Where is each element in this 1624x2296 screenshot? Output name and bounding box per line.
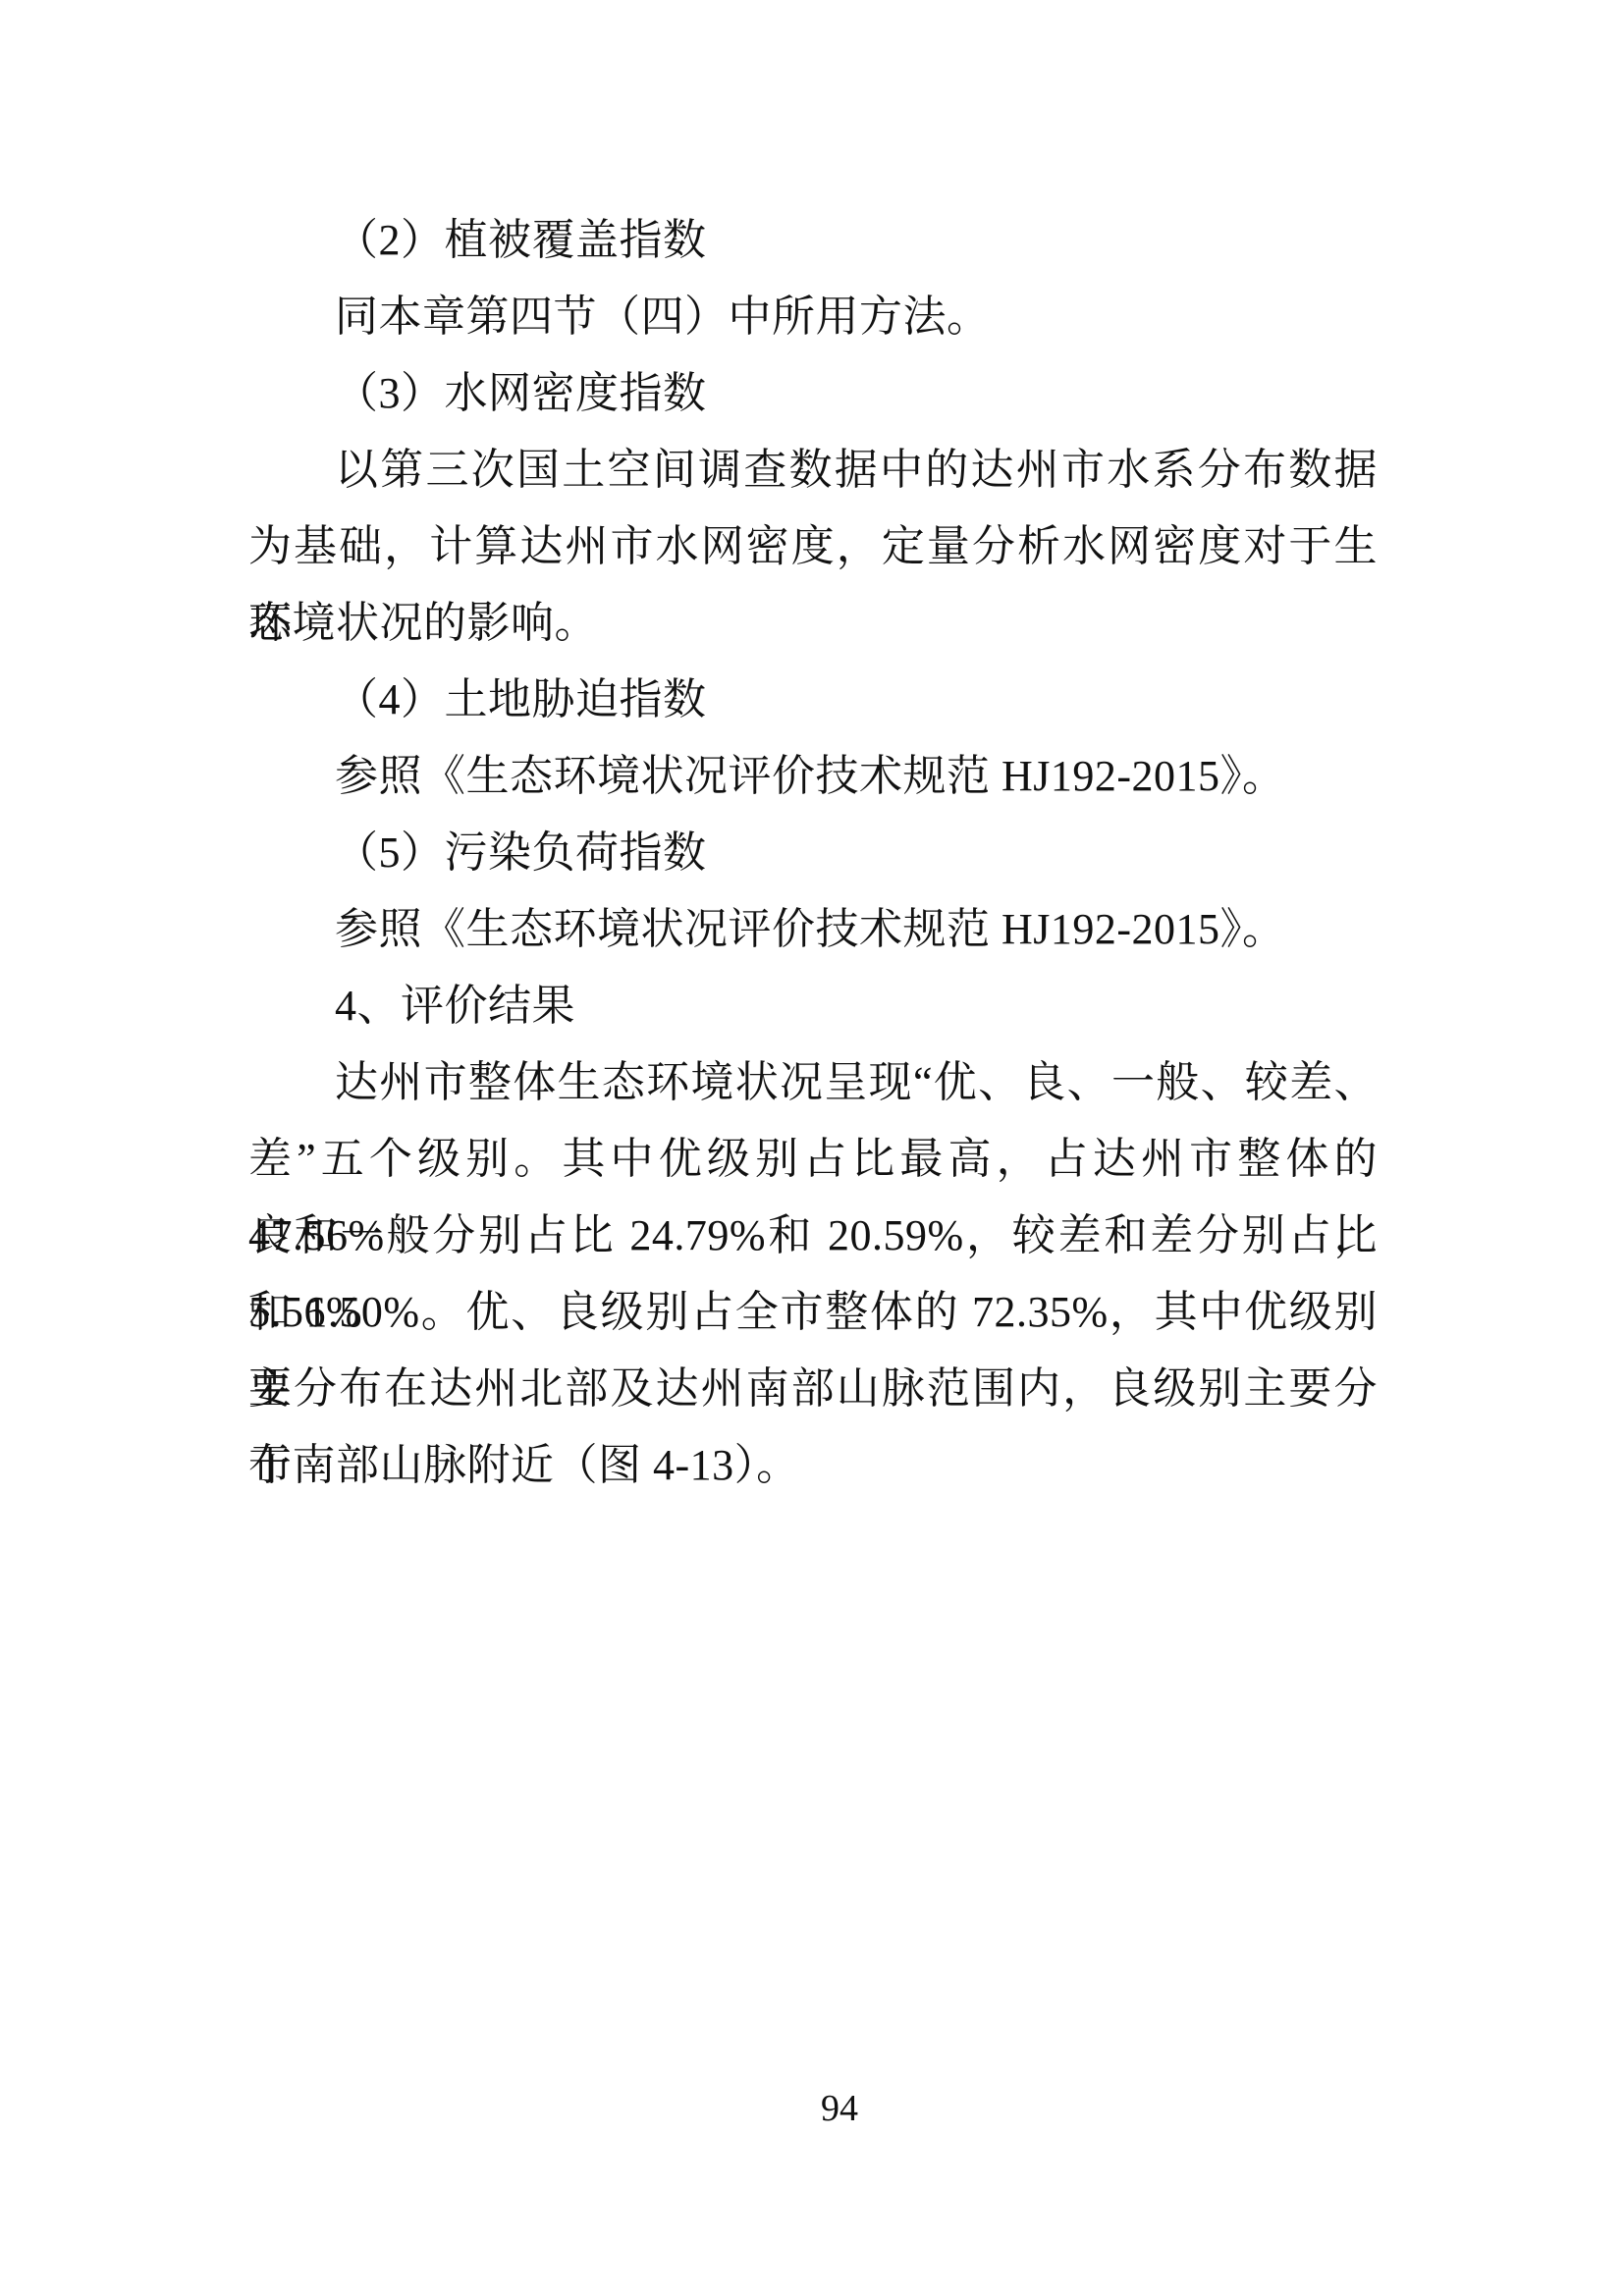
body-text: （2）植被覆盖指数 同本章第四节（四）中所用方法。 （3）水网密度指数 以第三次… (248, 202, 1378, 1504)
text-line: 参照《生态环境状况评价技术规范 HJ192-2015》。 (248, 891, 1378, 968)
text-line: 达州市整体生态环境状况呈现“优、良、一般、较差、 (248, 1044, 1378, 1121)
text-line: （4）土地胁迫指数 (248, 662, 1378, 738)
text-line: 为基础，计算达州市水网密度，定量分析水网密度对于生态 (248, 508, 1378, 585)
text-line: （3）水网密度指数 (248, 355, 1378, 432)
document-page: （2）植被覆盖指数 同本章第四节（四）中所用方法。 （3）水网密度指数 以第三次… (0, 0, 1624, 2296)
text-line: 参照《生态环境状况评价技术规范 HJ192-2015》。 (248, 738, 1378, 815)
page-number: 94 (741, 2087, 938, 2130)
text-line: 和 1.50%。优、良级别占全市整体的 72.35%，其中优级别主 (248, 1274, 1378, 1351)
text-line: （5）污染负荷指数 (248, 815, 1378, 891)
text-line: 于南部山脉附近（图 4-13）。 (248, 1427, 1378, 1504)
text-line: 良和一般分别占比 24.79%和 20.59%，较差和差分别占比 5.56% (248, 1198, 1378, 1274)
text-line: 要分布在达州北部及达州南部山脉范围内，良级别主要分布 (248, 1351, 1378, 1427)
text-line: 差”五个级别。其中优级别占比最高，占达州市整体的 47.56%， (248, 1121, 1378, 1198)
text-line: 同本章第四节（四）中所用方法。 (248, 279, 1378, 355)
text-line: 4、评价结果 (248, 968, 1378, 1044)
text-line: （2）植被覆盖指数 (248, 202, 1378, 279)
text-line: 以第三次国土空间调查数据中的达州市水系分布数据 (248, 432, 1378, 508)
text-line: 环境状况的影响。 (248, 585, 1378, 662)
